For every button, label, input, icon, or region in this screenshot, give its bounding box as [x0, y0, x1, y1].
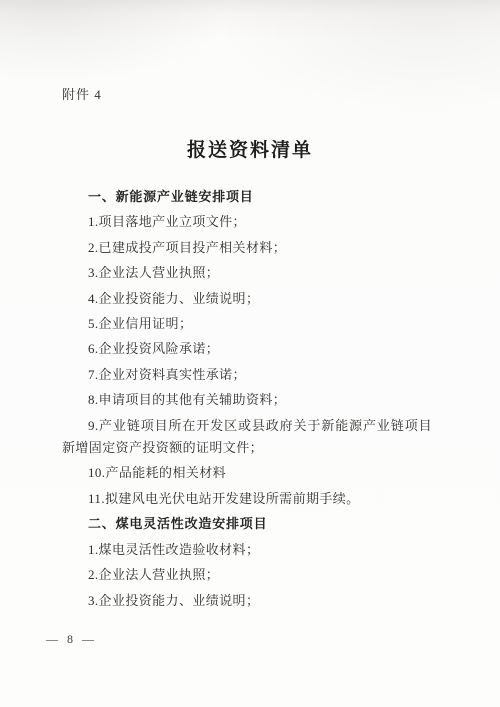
section-1-item-5: 5.企业信用证明； [62, 313, 432, 335]
section-1-item-7: 7.企业对资料真实性承诺； [62, 364, 432, 386]
section-2-item-3: 3.企业投资能力、业绩说明； [62, 590, 432, 612]
document-title: 报送资料清单 [0, 135, 500, 162]
section-1-item-2: 2.已建成投产项目投产相关材料； [62, 237, 432, 259]
section-1-item-4: 4.企业投资能力、业绩说明； [62, 288, 432, 310]
page-number: — 8 — [46, 632, 97, 647]
section-2-heading: 二、煤电灵活性改造安排项目 [62, 513, 432, 535]
section-1-item-10: 10.产品能耗的相关材料 [62, 462, 432, 484]
section-1-item-8: 8.申请项目的其他有关辅助资料； [62, 389, 432, 411]
section-1-item-6: 6.企业投资风险承诺； [62, 338, 432, 360]
section-1-item-11: 11.拟建风电光伏电站开发建设所需前期手续。 [62, 488, 432, 510]
section-2-item-1: 1.煤电灵活性改造验收材料； [62, 539, 432, 561]
section-1-heading: 一、新能源产业链安排项目 [62, 186, 432, 208]
document-body: 一、新能源产业链安排项目 1.项目落地产业立项文件； 2.已建成投产项目投产相关… [62, 186, 432, 615]
section-1-item-3: 3.企业法人营业执照； [62, 262, 432, 284]
attachment-label: 附件 4 [62, 84, 102, 103]
section-1-item-9: 9.产业链项目所在开发区或县政府关于新能源产业链项目新增固定资产投资额的证明文件… [62, 415, 432, 460]
section-2-item-2: 2.企业法人营业执照； [62, 564, 432, 586]
section-1-item-1: 1.项目落地产业立项文件； [62, 211, 432, 233]
document-page: 附件 4 报送资料清单 一、新能源产业链安排项目 1.项目落地产业立项文件； 2… [0, 0, 500, 707]
